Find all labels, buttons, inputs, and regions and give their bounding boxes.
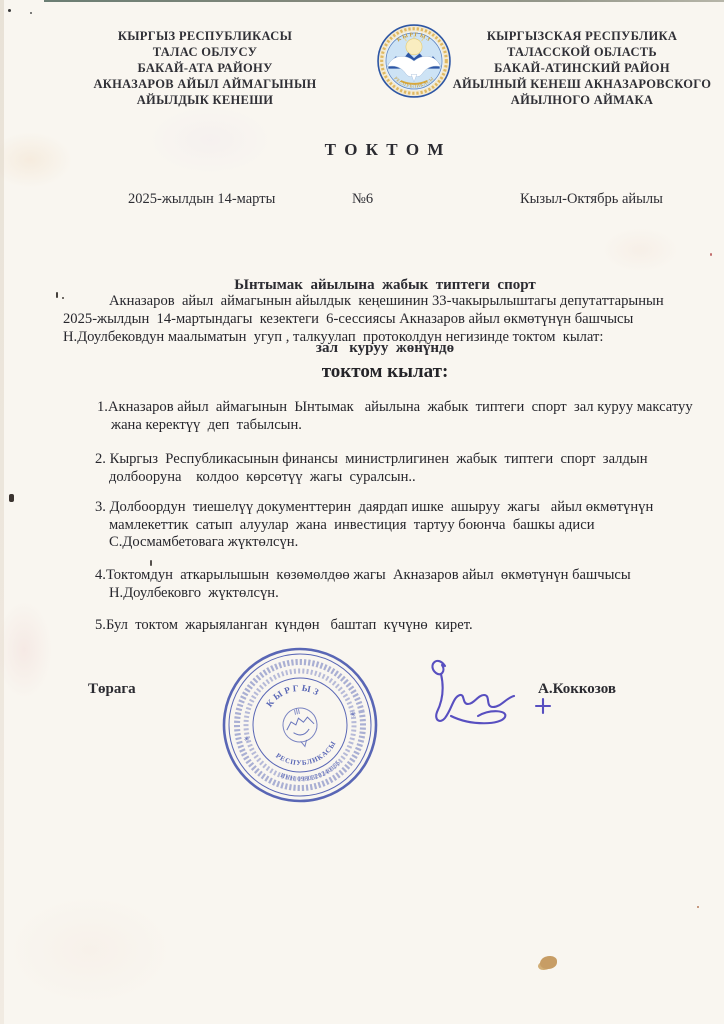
letterhead-kyrgyz-line: АЙЫЛДЫК КЕНЕШИ xyxy=(35,92,375,108)
letterhead-kyrgyz: КЫРГЫЗ РЕСПУБЛИКАСЫ ТАЛАС ОБЛУСУ БАКАЙ-А… xyxy=(35,28,375,108)
document-date: 2025-жылдын 14-марты xyxy=(128,191,275,208)
scanned-decree-page: КЫРГЫЗ РЕСПУБЛИКАСЫ ТАЛАС ОБЛУСУ БАКАЙ-А… xyxy=(0,0,724,1024)
scan-edge-artifact-left xyxy=(0,0,4,1024)
scan-speck xyxy=(9,494,14,502)
document-place: Кызыл-Октябрь айылы xyxy=(520,191,663,208)
scan-speck xyxy=(150,560,152,566)
scan-speck xyxy=(697,906,699,908)
resolution-item-4: 4.Токтомдун аткарылышын көзөмөлдөө жагы … xyxy=(95,567,701,602)
letterhead-kyrgyz-line: АКНАЗАРОВ АЙЫЛ АЙМАГЫНЫН xyxy=(35,76,375,92)
scan-speck xyxy=(56,292,58,298)
letterhead-russian-line: БАКАЙ-АТИНСКИЙ РАЙОН xyxy=(448,60,716,76)
letterhead-kyrgyz-line: КЫРГЫЗ РЕСПУБЛИКАСЫ xyxy=(35,28,375,44)
letterhead-russian-line: ТАЛАССКОЙ ОБЛАСТЬ xyxy=(448,44,716,60)
svg-text:КЫРГЫЗ: КЫРГЫЗ xyxy=(261,677,324,710)
scan-speck xyxy=(62,297,64,299)
resolution-item-3: 3. Долбоордун тиешелүү документтерин дая… xyxy=(95,499,679,552)
signer-role: Төрага xyxy=(88,681,136,698)
resolution-heading: токтом кылат: xyxy=(50,361,720,383)
paper-stain xyxy=(540,956,557,969)
letterhead-kyrgyz-line: ТАЛАС ОБЛУСУ xyxy=(35,44,375,60)
resolution-item-1: 1.Акназаров айыл аймагынын Ынтымак айылы… xyxy=(97,399,697,434)
letterhead-russian: КЫРГЫЗСКАЯ РЕСПУБЛИКА ТАЛАССКОЙ ОБЛАСТЬ … xyxy=(448,28,716,108)
intro-paragraph: Акназаров айыл аймагынын айылдык кеңешин… xyxy=(63,292,680,346)
official-round-stamp: КЫРГЫЗ РЕСПУБЛИКАСЫ ИНН 0980320240135 ✳ … xyxy=(204,629,396,821)
letterhead-kyrgyz-line: БАКАЙ-АТА РАЙОНУ xyxy=(35,60,375,76)
letterhead-russian-line: АЙЫЛНЫЙ КЕНЕШ АКНАЗАРОВСКОГО xyxy=(448,76,716,92)
scan-edge-artifact-top xyxy=(44,0,724,2)
document-title: Т О К Т О М xyxy=(50,140,720,160)
letterhead-russian-line: КЫРГЫЗСКАЯ РЕСПУБЛИКА xyxy=(448,28,716,44)
letterhead-russian-line: АЙЫЛНОГО АЙМАКА xyxy=(448,92,716,108)
handwritten-signature xyxy=(423,646,563,741)
resolution-item-2: 2. Кыргыз Республикасынын финансы минист… xyxy=(95,451,701,486)
kyrgyz-state-emblem-icon: КЫРГЫЗ РЕСПУБЛИКАСЫ xyxy=(376,23,452,99)
stamp-star-right: ✳ xyxy=(349,710,357,719)
scan-speck xyxy=(30,12,32,14)
resolution-item-5: 5.Бул токтом жарыяланган күндөн баштап к… xyxy=(95,617,701,635)
stamp-center-top-text: КЫРГЫЗ xyxy=(261,677,324,710)
document-number: №6 xyxy=(352,191,373,208)
scan-speck xyxy=(710,253,712,256)
scan-speck xyxy=(8,9,11,12)
